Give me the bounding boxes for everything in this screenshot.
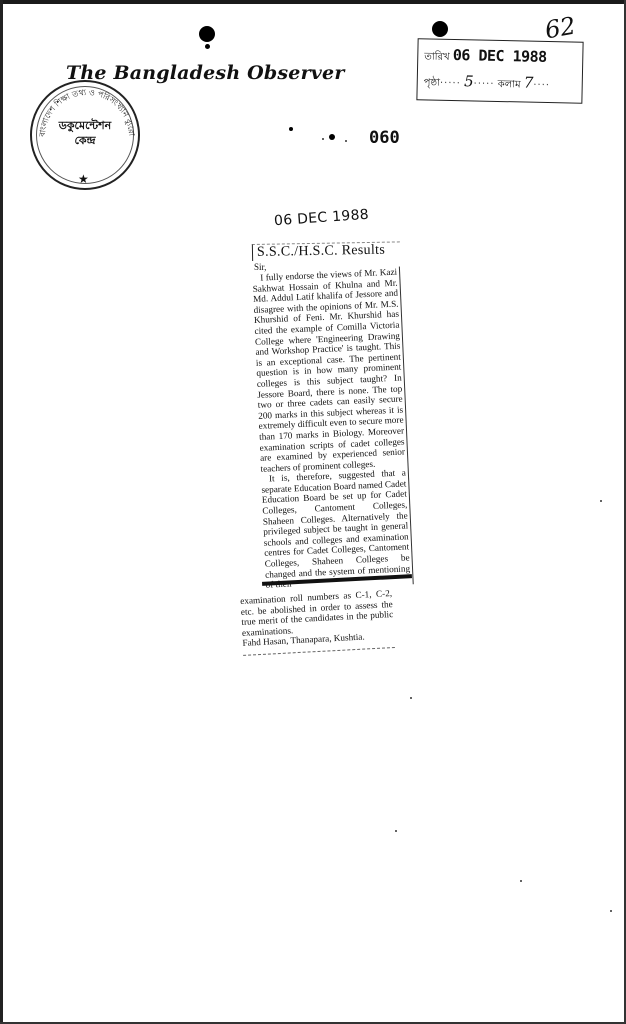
scan-border-left <box>0 0 3 1024</box>
speck <box>395 830 397 832</box>
seal-center-text: ডকুমেন্টেশন কেন্দ্র <box>32 118 138 148</box>
clipping-continuation: examination roll numbers as C-1, C-2, et… <box>240 588 395 656</box>
article-body: I fully endorse the views of Mr. Kazi Sa… <box>252 267 414 591</box>
ink-blot <box>199 26 215 42</box>
article-title: S.S.C./H.S.C. Results <box>252 241 400 261</box>
page-code: 060 <box>369 128 400 148</box>
seal-line-2: কেন্দ্র <box>32 133 138 148</box>
speck <box>520 880 522 882</box>
handwritten-reference: 62 <box>543 12 578 45</box>
register-stamp: তারিখ 06 DEC 1988 পৃষ্ঠা····· 5····· কলা… <box>416 38 583 103</box>
date-stamp: 06 DEC 1988 <box>274 207 370 230</box>
stamp-column-value: 7 <box>524 74 534 92</box>
stamp-date-row: তারিখ 06 DEC 1988 <box>424 45 547 69</box>
stamp-page-label: পৃষ্ঠা <box>424 77 440 88</box>
stamp-date-label: তারিখ <box>424 51 450 63</box>
speck <box>322 138 324 140</box>
speck <box>600 500 602 502</box>
stamp-page-row: পৃষ্ঠা····· 5····· কলাম 7···· <box>424 71 551 95</box>
newspaper-clipping: S.S.C./H.S.C. Results Sir, I fully endor… <box>252 244 400 591</box>
newspaper-masthead: The Bangladesh Observer <box>66 62 345 84</box>
scan-border-top <box>0 0 626 4</box>
seal-line-1: ডকুমেন্টেশন <box>32 118 138 133</box>
ink-blot <box>289 127 293 131</box>
star-icon: ★ <box>78 172 89 187</box>
stamp-column-label: কলাম <box>498 79 521 90</box>
ink-blot <box>329 134 335 140</box>
ink-blot <box>205 44 210 49</box>
documentation-centre-seal: বাংলাদেশ শিক্ষা তথ্য ও পরিসংখ্যান ব্যুরো… <box>30 80 140 190</box>
speck <box>410 697 412 699</box>
speck <box>610 910 612 912</box>
stamp-page-value: 5 <box>464 72 474 90</box>
article-paragraph: I fully endorse the views of Mr. Kazi Sa… <box>252 267 406 474</box>
speck <box>345 140 347 142</box>
ink-blot <box>432 21 448 37</box>
stamp-date-value: 06 DEC 1988 <box>453 46 547 66</box>
article-paragraph: It is, therefore, suggested that a separ… <box>261 468 411 591</box>
